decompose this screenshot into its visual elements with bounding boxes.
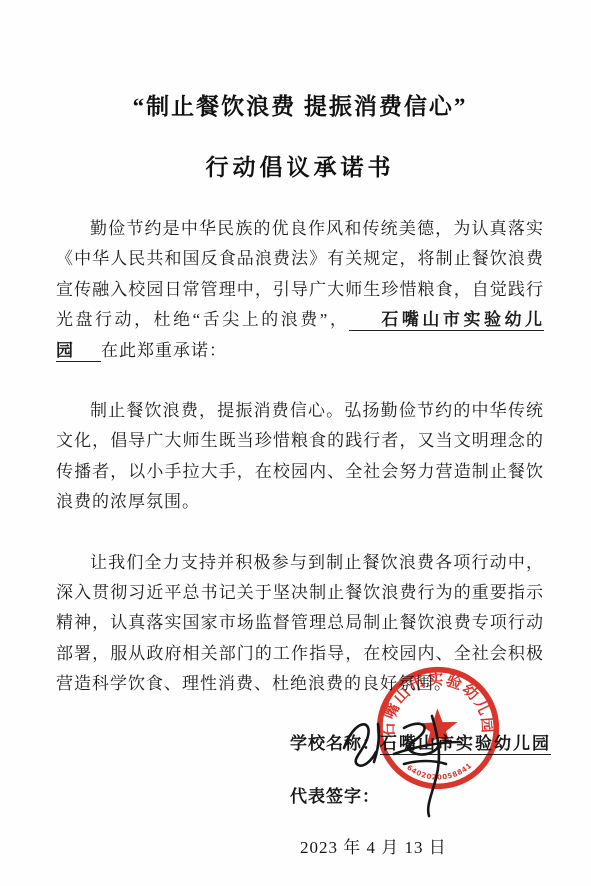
signature-stroke-6 — [404, 761, 446, 764]
paragraph-opening-post: 在此郑重承诺： — [101, 341, 227, 360]
date-line: 2023 年 4 月 13 日 — [300, 834, 544, 861]
handwritten-signature — [338, 702, 470, 818]
document-title-line2: 行动倡议承诺书 — [56, 149, 544, 182]
signature-stroke-1 — [344, 724, 376, 765]
paragraph-opening: 勤俭节约是中华民族的优良作风和传统美德，为认真落实《中华人民共和国反食品浪费法》… — [56, 214, 544, 366]
document-body: 勤俭节约是中华民族的优良作风和传统美德，为认真落实《中华人民共和国反食品浪费法》… — [56, 214, 544, 700]
pledge-document-page: “制止餐饮浪费 提振消费信心” 行动倡议承诺书 勤俭节约是中华民族的优良作风和传… — [0, 0, 591, 886]
signature-stroke-2 — [374, 724, 379, 762]
paragraph-pledge: 制止餐饮浪费，提振消费信心。弘扬勤俭节约的中华传统文化，倡导广大师生既当珍惜粮食… — [56, 396, 544, 518]
signature-stroke-4 — [394, 742, 460, 754]
signature-stroke-5 — [428, 716, 439, 816]
document-title-line1: “制止餐饮浪费 提振消费信心” — [56, 88, 544, 121]
